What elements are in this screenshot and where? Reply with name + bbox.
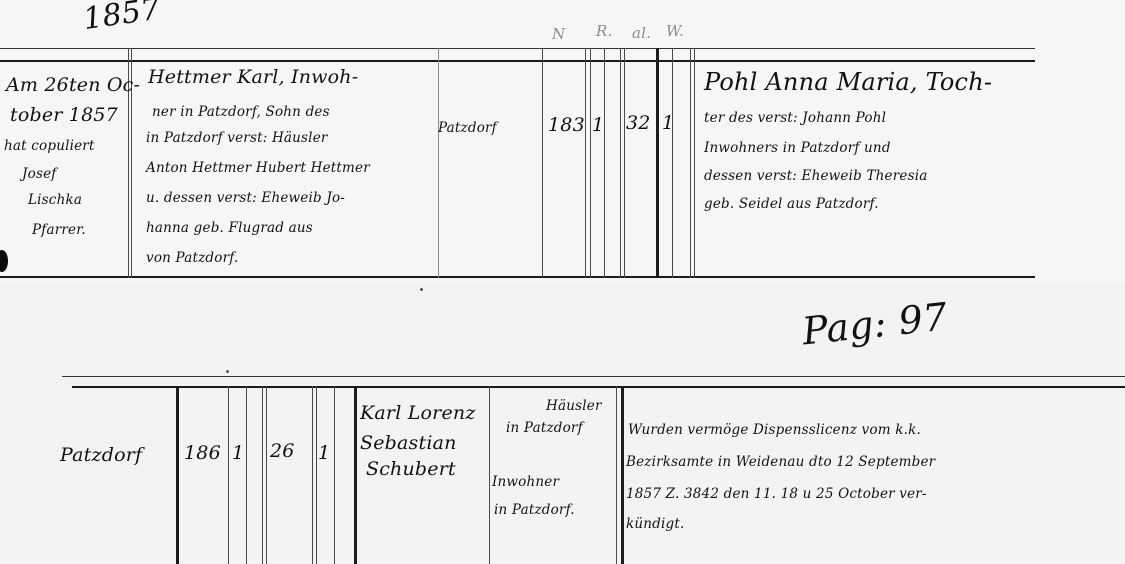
witness-name: Karl Lorenz — [360, 402, 476, 424]
date-line: Am 26ten Oc- — [6, 74, 140, 96]
header-rule-upper — [62, 376, 1125, 377]
column-divider — [316, 386, 317, 564]
column-divider — [621, 386, 624, 564]
religion-mark: 1 — [592, 114, 604, 136]
column-label-n: N — [552, 25, 565, 43]
officiant-line: Josef — [22, 166, 56, 182]
groom-line: ner in Patzdorf, Sohn des — [152, 104, 330, 120]
groom-line: Anton Hettmer Hubert Hettmer — [146, 160, 370, 176]
column-divider — [262, 386, 263, 564]
column-divider — [585, 48, 586, 278]
age: 32 — [626, 112, 651, 134]
column-divider — [228, 386, 229, 564]
column-label-age: al. — [632, 24, 651, 42]
date-line: tober 1857 — [10, 104, 118, 126]
column-divider — [690, 48, 691, 278]
paper-speck — [226, 370, 229, 373]
officiant-line: Lischka — [28, 192, 82, 208]
column-divider — [620, 48, 621, 278]
column-divider — [266, 386, 267, 564]
column-divider — [438, 48, 439, 278]
column-label-status: W. — [666, 22, 684, 40]
paper-speck — [420, 288, 423, 291]
header-rule-upper — [0, 48, 1035, 49]
year-heading: 1857 — [81, 0, 162, 37]
column-divider — [489, 386, 490, 564]
witness-role: Häusler — [546, 398, 602, 414]
bride-line: geb. Seidel aus Patzdorf. — [704, 196, 879, 212]
row-bottom-rule — [0, 276, 1035, 278]
groom-line: hanna geb. Flugrad aus — [146, 220, 313, 236]
column-divider — [616, 386, 617, 564]
religion-mark: 1 — [232, 442, 244, 464]
bride-line: dessen verst: Eheweib Theresia — [704, 168, 927, 184]
header-rule-lower — [72, 386, 1125, 388]
column-divider — [656, 48, 659, 278]
status-mark: 1 — [318, 442, 330, 464]
column-divider — [604, 48, 605, 278]
groom-line: u. dessen verst: Eheweib Jo- — [146, 190, 345, 206]
groom-line: von Patzdorf. — [146, 250, 238, 266]
column-divider — [176, 386, 179, 564]
column-divider — [334, 386, 335, 564]
witness-name: Schubert — [366, 458, 456, 480]
groom-line: in Patzdorf verst: Häusler — [146, 130, 328, 146]
remarks-line: kündigt. — [626, 516, 685, 532]
column-divider — [672, 48, 673, 278]
status-mark: 1 — [662, 112, 674, 134]
house-number: 186 — [184, 442, 221, 464]
page-mark: Pag: 97 — [800, 295, 949, 354]
column-divider — [312, 386, 313, 564]
officiant-line: Pfarrer. — [32, 222, 86, 238]
register-fragment-top: 1857 N R. al. W. Am 26ten Oc- tober 1857… — [0, 0, 1125, 282]
bride-line: Inwohners in Patzdorf und — [704, 140, 891, 156]
age: 26 — [270, 440, 295, 462]
witness-role: in Patzdorf — [506, 420, 583, 436]
remarks-line: 1857 Z. 3842 den 11. 18 u 25 October ver… — [626, 486, 927, 502]
witness-role: in Patzdorf. — [494, 502, 575, 518]
column-label-religion: R. — [596, 22, 612, 40]
column-divider — [542, 48, 543, 278]
column-divider — [694, 48, 695, 278]
officiant-line: hat copuliert — [4, 138, 95, 154]
groom-line: Hettmer Karl, Inwoh- — [148, 66, 358, 88]
column-divider — [354, 386, 357, 564]
witness-role: Inwohner — [492, 474, 559, 490]
residence: Patzdorf — [60, 444, 142, 466]
remarks-line: Wurden vermöge Dispensslicenz vom k.k. — [628, 422, 921, 438]
register-fragment-bottom: Pag: 97 Patzdorf 186 1 26 1 Karl Lorenz … — [0, 282, 1125, 564]
bride-line: ter des verst: Johann Pohl — [704, 110, 886, 126]
residence: Patzdorf — [438, 120, 497, 136]
bride-line: Pohl Anna Maria, Toch- — [704, 68, 992, 96]
column-divider — [624, 48, 625, 278]
header-rule-lower — [0, 60, 1035, 62]
ink-blot — [0, 250, 8, 272]
remarks-line: Bezirksamte in Weidenau dto 12 September — [626, 454, 935, 470]
column-divider — [590, 48, 591, 278]
column-divider — [246, 386, 247, 564]
house-number: 183 — [548, 114, 585, 136]
witness-name: Sebastian — [360, 432, 457, 454]
